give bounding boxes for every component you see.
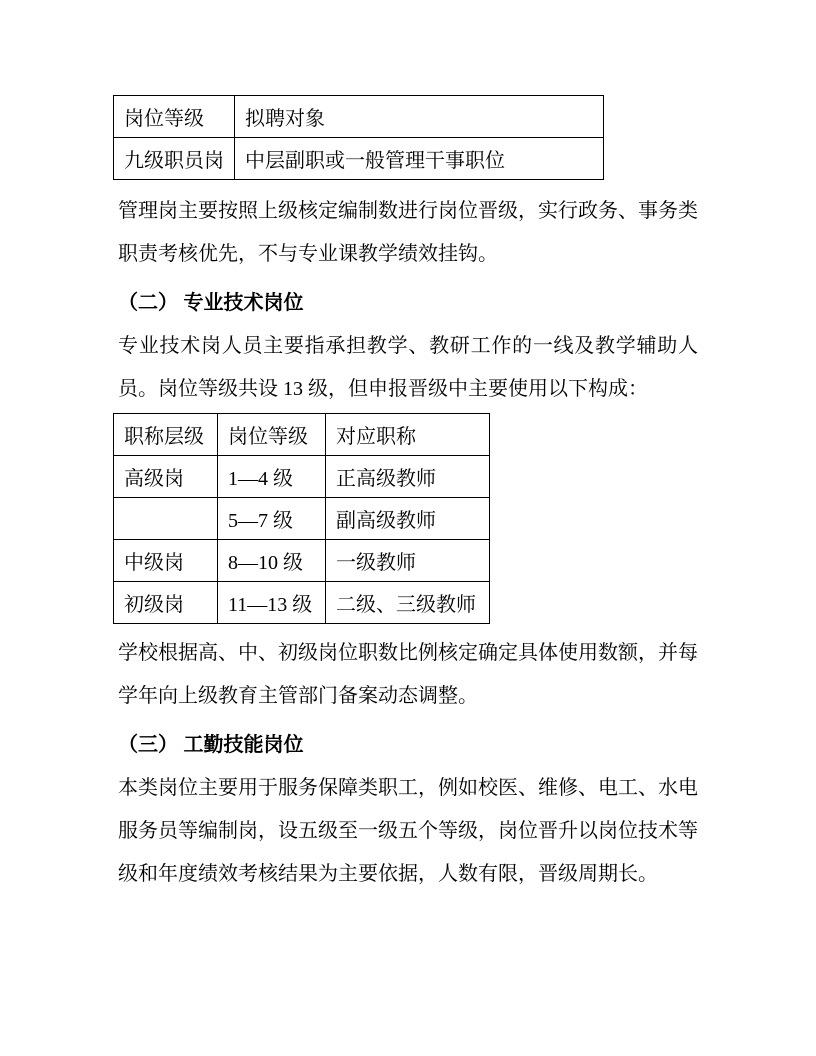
- paragraph-management-post: 管理岗主要按照上级核定编制数进行岗位晋级，实行政务、事务类职责考核优先，不与专业…: [118, 190, 698, 276]
- table-cell-tier: [114, 498, 218, 540]
- table-cell-titles: 正高级教师: [326, 456, 490, 498]
- table-cell-tier: 中级岗: [114, 540, 218, 582]
- table-cell-levels: 5—7 级: [218, 498, 326, 540]
- table-cell-levels: 11—13 级: [218, 582, 326, 624]
- table-cell-title-header: 对应职称: [326, 414, 490, 456]
- professional-post-table: 职称层级 岗位等级 对应职称 高级岗 1—4 级 正高级教师 5—7 级 副高级…: [113, 413, 490, 624]
- table-row: 高级岗 1—4 级 正高级教师: [114, 456, 490, 498]
- table-row: 九级职员岗 中层副职或一般管理干事职位: [114, 138, 604, 180]
- table-cell-post-level: 九级职员岗: [114, 138, 235, 180]
- management-post-table: 岗位等级 拟聘对象 九级职员岗 中层副职或一般管理干事职位: [113, 95, 604, 180]
- table-row: 岗位等级 拟聘对象: [114, 96, 604, 138]
- document-page: 岗位等级 拟聘对象 九级职员岗 中层副职或一般管理干事职位 管理岗主要按照上级核…: [0, 0, 816, 1056]
- table-cell-target: 中层副职或一般管理干事职位: [235, 138, 604, 180]
- paragraph-logistics-post: 本类岗位主要用于服务保障类职工，例如校医、维修、电工、水电服务员等编制岗，设五级…: [118, 767, 698, 896]
- table-cell-post-level-header: 岗位等级: [114, 96, 235, 138]
- paragraph-professional-note: 学校根据高、中、初级岗位职数比例核定确定具体使用数额，并每学年向上级教育主管部门…: [118, 632, 698, 718]
- table-cell-titles: 一级教师: [326, 540, 490, 582]
- table-cell-levels: 8—10 级: [218, 540, 326, 582]
- table-row: 中级岗 8—10 级 一级教师: [114, 540, 490, 582]
- table-cell-tier: 高级岗: [114, 456, 218, 498]
- table-row: 5—7 级 副高级教师: [114, 498, 490, 540]
- table-cell-title-tier-header: 职称层级: [114, 414, 218, 456]
- paragraph-professional-intro: 专业技术岗人员主要指承担教学、教研工作的一线及教学辅助人员。岗位等级共设 13 …: [118, 325, 698, 411]
- document-content: 岗位等级 拟聘对象 九级职员岗 中层副职或一般管理干事职位 管理岗主要按照上级核…: [0, 0, 816, 896]
- heading-logistics-posts: （三） 工勤技能岗位: [118, 724, 698, 767]
- table-header-row: 职称层级 岗位等级 对应职称: [114, 414, 490, 456]
- table-row: 初级岗 11—13 级 二级、三级教师: [114, 582, 490, 624]
- table-cell-titles: 二级、三级教师: [326, 582, 490, 624]
- heading-professional-posts: （二） 专业技术岗位: [118, 282, 698, 325]
- table-cell-post-level-header: 岗位等级: [218, 414, 326, 456]
- table-cell-target-header: 拟聘对象: [235, 96, 604, 138]
- table-cell-tier: 初级岗: [114, 582, 218, 624]
- table-cell-levels: 1—4 级: [218, 456, 326, 498]
- table-cell-titles: 副高级教师: [326, 498, 490, 540]
